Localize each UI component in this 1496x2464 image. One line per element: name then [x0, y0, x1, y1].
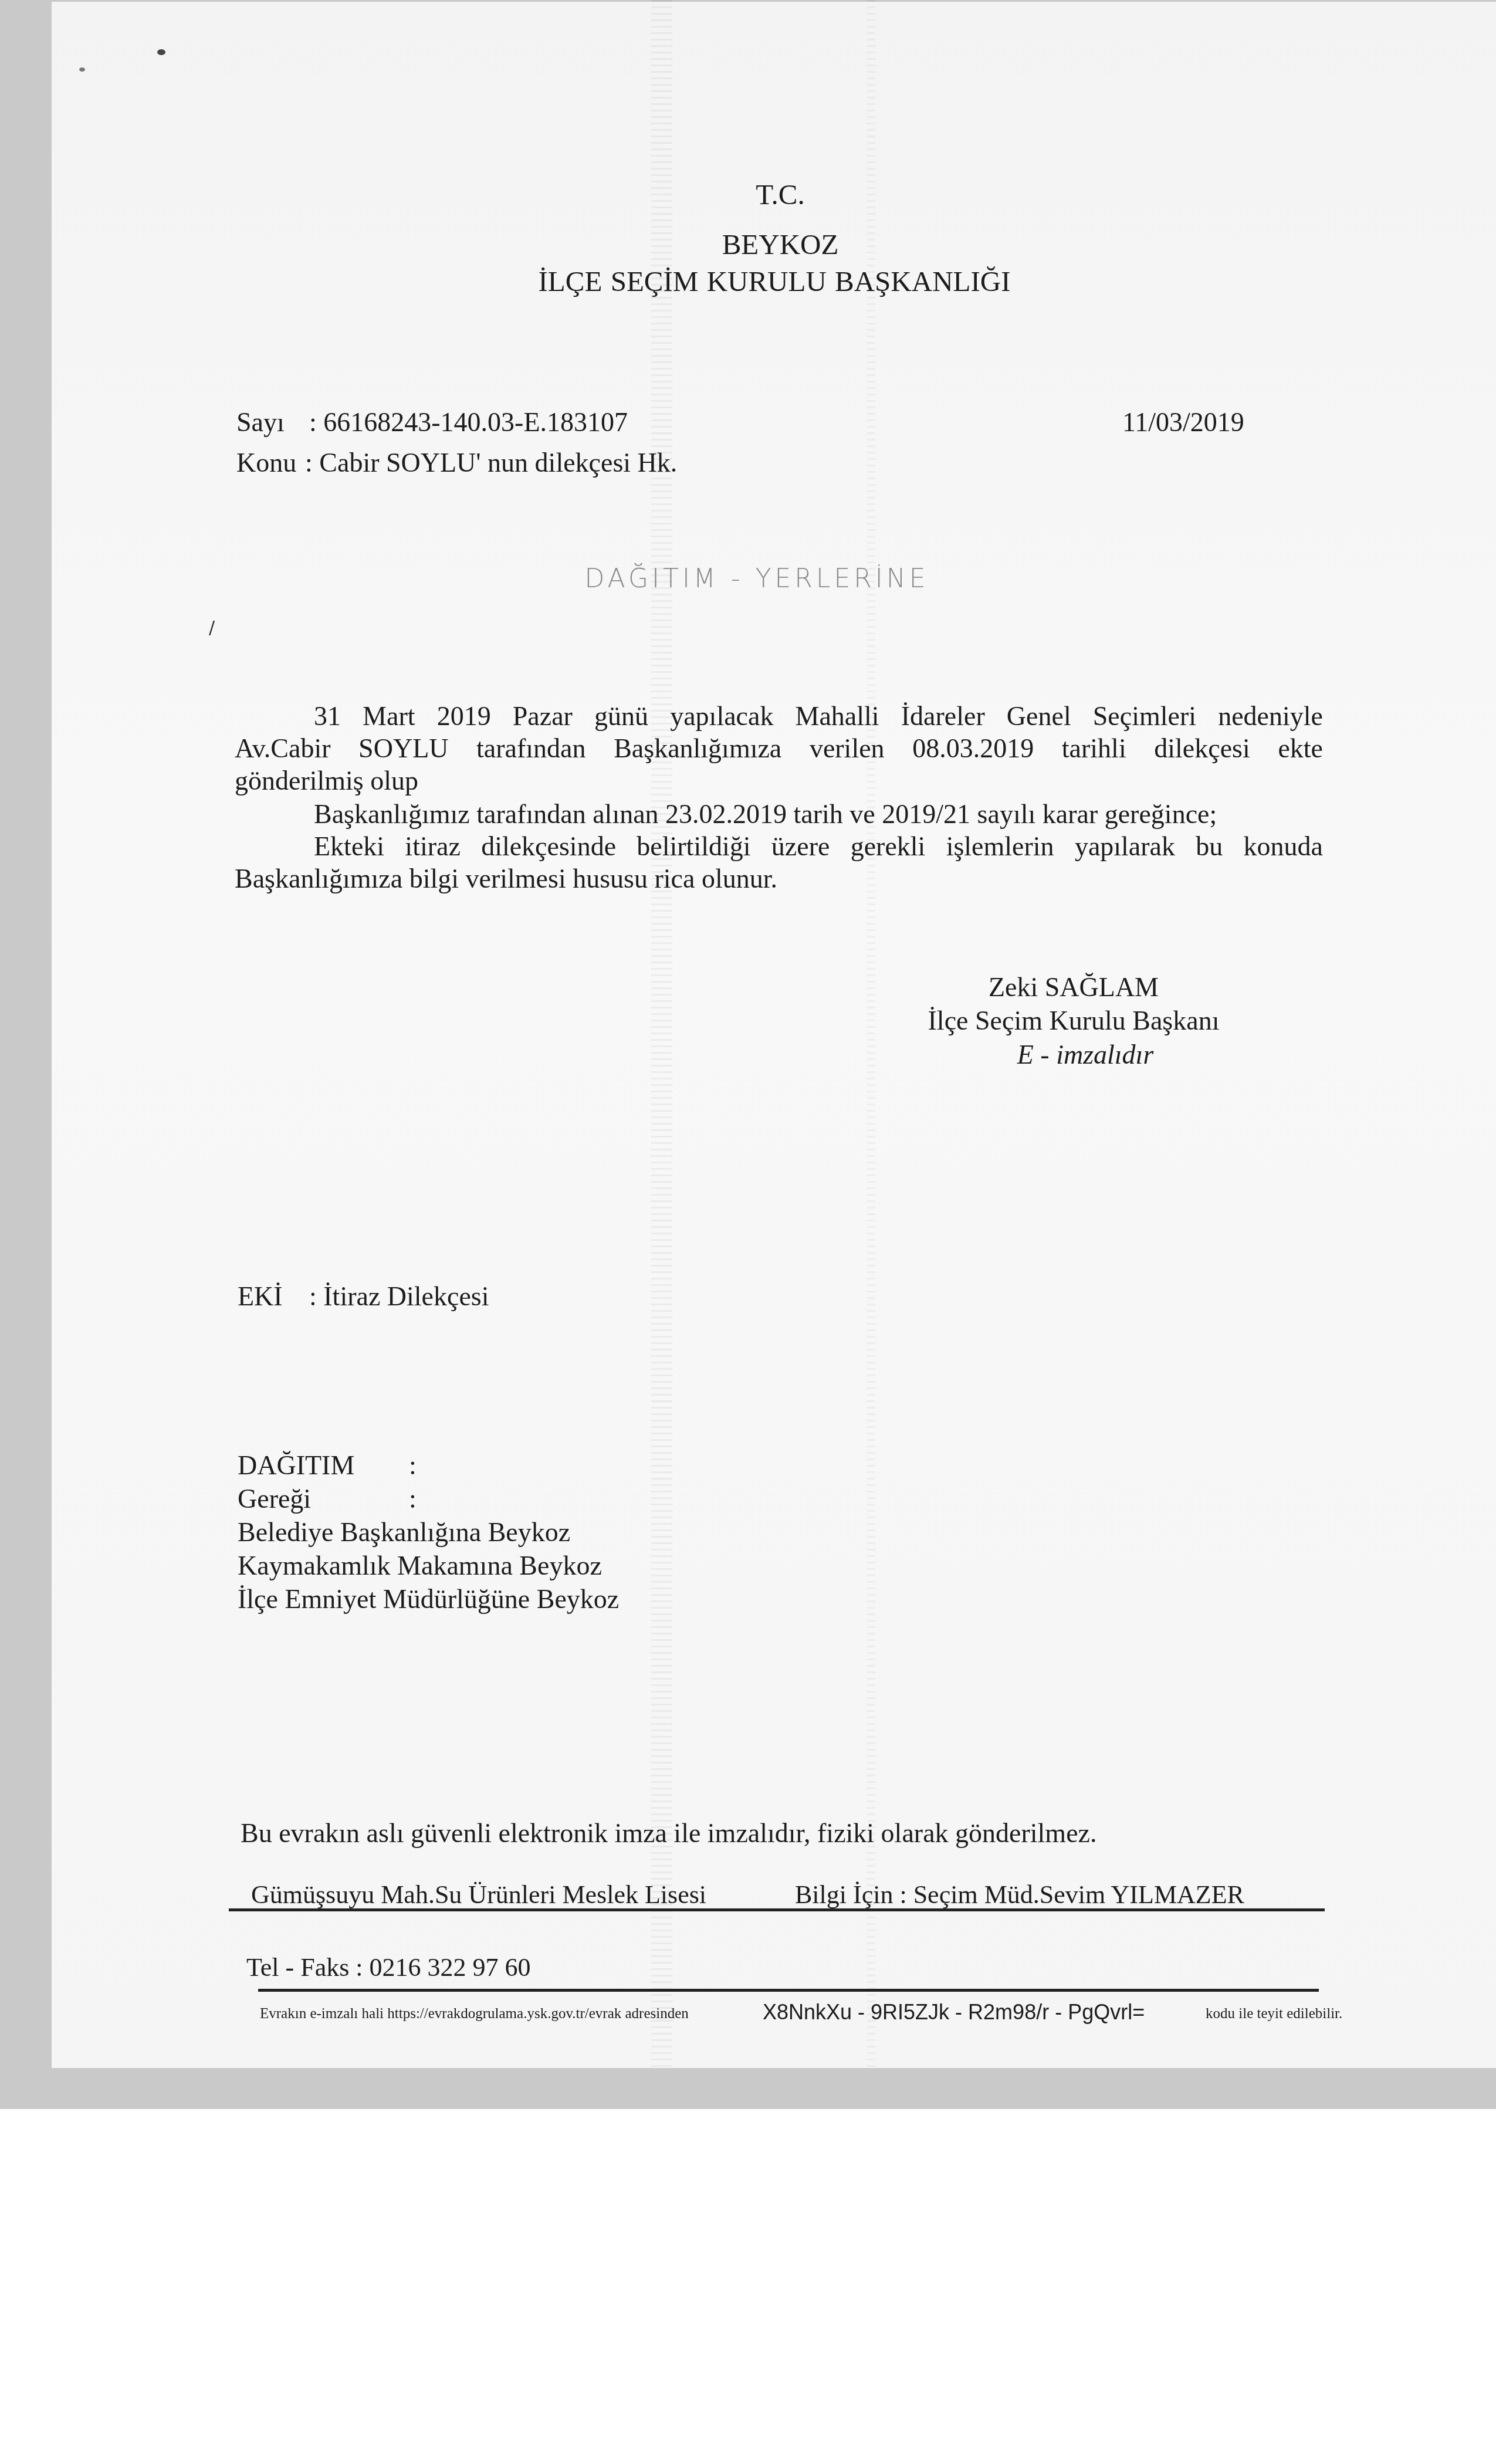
- distribution-heading: DAĞITIM: [238, 1452, 354, 1479]
- document-page: [52, 2, 1496, 2068]
- verify-suffix: kodu ile teyit edilebilir.: [1206, 2006, 1342, 2021]
- gereği-label: Gereği: [238, 1485, 311, 1512]
- header-institution: İLÇE SEÇİM KURULU BAŞKANLIĞI: [539, 267, 1011, 296]
- footer-phone: Tel - Faks : 0216 322 97 60: [246, 1955, 531, 1981]
- body-line: Ekteki itiraz dilekçesinde belirtildiği …: [314, 833, 1323, 860]
- konu-value: : Cabir SOYLU' nun dilekçesi Hk.: [305, 449, 677, 476]
- sayi-value: : 66168243-140.03-E.183107: [309, 409, 628, 436]
- attachment-value: : İtiraz Dilekçesi: [309, 1283, 489, 1310]
- recipient: Belediye Başkanlığına Beykoz: [238, 1519, 570, 1546]
- esign-notice: Bu evrakın aslı güvenli elektronik imza …: [241, 1820, 1096, 1847]
- punch-mark: [157, 49, 165, 55]
- scan-fold-artifact: [651, 0, 672, 2068]
- verify-code: X8NnkXu - 9RI5ZJk - R2m98/r - PgQvrl=: [763, 2002, 1145, 2023]
- body-line: Başkanlığımıza bilgi verilmesi hususu ri…: [235, 865, 777, 892]
- gereği-colon: :: [409, 1485, 417, 1512]
- konu-label: Konu: [236, 449, 296, 476]
- signatory-name: Zeki SAĞLAM: [989, 974, 1159, 1001]
- esignature-note: E - imzalıdır: [1017, 1041, 1154, 1068]
- recipient: İlçe Emniyet Müdürlüğüne Beykoz: [238, 1586, 619, 1613]
- attachment-label: EKİ: [238, 1283, 283, 1310]
- distribution-colon: :: [409, 1452, 417, 1479]
- header-beykoz: BEYKOZ: [722, 230, 839, 259]
- scan-fold-artifact: [867, 0, 875, 2068]
- footer-rule: [258, 1989, 1319, 1992]
- footer-info-contact: Bilgi İçin : Seçim Müd.Sevim YILMAZER: [795, 1882, 1244, 1908]
- stray-mark: /: [209, 618, 215, 638]
- verify-prefix: Evrakın e-imzalı hali https://evrakdogru…: [260, 2006, 689, 2021]
- body-line: 31 Mart 2019 Pazar günü yapılacak Mahall…: [314, 703, 1323, 730]
- footer-address: Gümüşsuyu Mah.Su Ürünleri Meslek Lisesi: [251, 1882, 706, 1908]
- body-line: Başkanlığımız tarafından alınan 23.02.20…: [314, 801, 1217, 828]
- sayi-label: Sayı: [236, 409, 285, 436]
- header-tc: T.C.: [756, 180, 804, 209]
- body-line: Av.Cabir SOYLU tarafından Başkanlığımıza…: [235, 735, 1323, 762]
- punch-mark: [79, 67, 85, 72]
- signatory-title: İlçe Seçim Kurulu Başkanı: [928, 1007, 1220, 1034]
- document-date: 11/03/2019: [1122, 409, 1244, 436]
- handwritten-note: DAĞITIM - YERLERİNE: [585, 566, 929, 592]
- recipient: Kaymakamlık Makamına Beykoz: [238, 1552, 602, 1579]
- body-line: gönderilmiş olup: [235, 767, 418, 794]
- footer-rule: [229, 1908, 1325, 1911]
